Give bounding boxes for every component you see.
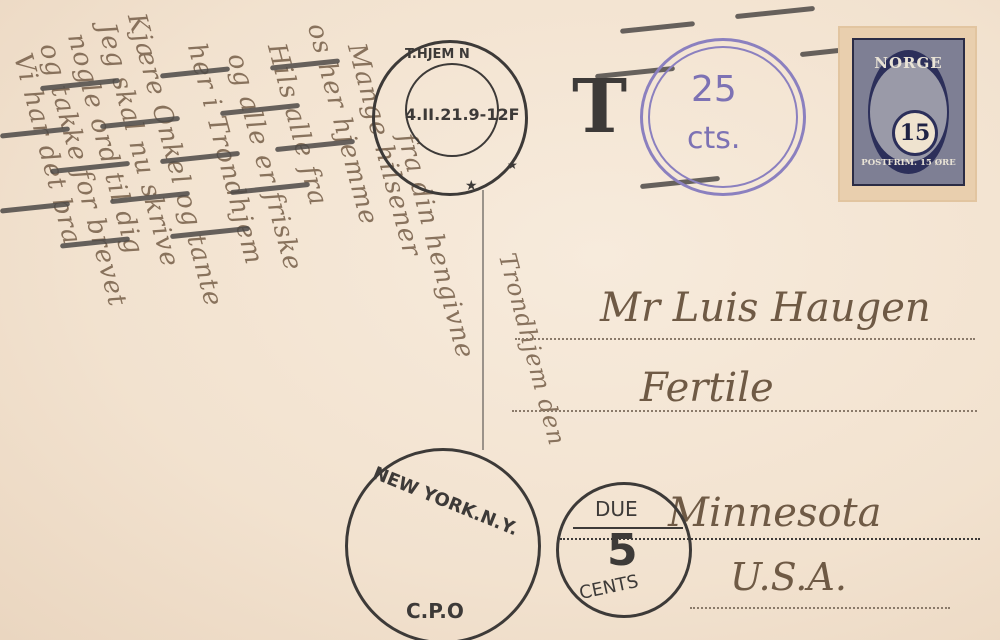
due-amount: 25 <box>691 69 737 110</box>
postmark-date: 4.II.21.9-12F <box>405 105 520 124</box>
address-line-state: Minnesota <box>668 490 881 536</box>
address-line-country: U.S.A. <box>730 555 847 599</box>
origin-postmark: T.HJEM N 4.II.21.9-12F ★ ★ <box>372 40 528 196</box>
due-cents-label: CENTS <box>577 571 640 604</box>
oval-inner-ring <box>648 46 798 188</box>
star-icon: ★ <box>507 158 518 172</box>
due-amount-number: 5 <box>607 525 638 576</box>
postage-due-oval: 25 cts. <box>640 38 806 196</box>
stamp-country: NORGE <box>854 54 963 72</box>
ny-postmark-bottom: C.P.O <box>406 599 464 623</box>
stamp-inscription: POSTFRIM. 15 ØRE <box>854 158 963 168</box>
due-label: DUE <box>595 497 638 521</box>
postage-stamp: NORGE 15 POSTFRIM. 15 ØRE <box>840 28 975 200</box>
address-line-name: Mr Luis Haugen <box>600 285 931 331</box>
stamp-denomination: 15 <box>892 110 938 156</box>
ny-postmark-top: NEW YORK.N.Y. <box>370 463 521 540</box>
message-dateline: Trondhjem den <box>493 250 571 449</box>
address-line-city: Fertile <box>640 365 774 411</box>
new-york-postmark: NEW YORK.N.Y. C.P.O <box>345 448 541 640</box>
stamp-frame: NORGE 15 POSTFRIM. 15 ØRE <box>852 38 965 186</box>
tax-mark: T <box>572 70 627 144</box>
postcard-back: Kjære Onkel og tante Jeg skal nu skrive … <box>0 0 1000 640</box>
postmark-town: T.HJEM N <box>405 47 470 62</box>
address-rule <box>515 338 975 340</box>
due-unit: cts. <box>687 121 740 156</box>
due-postmark: DUE 5 CENTS <box>556 482 692 618</box>
star-icon: ★ <box>465 178 478 194</box>
address-rule <box>690 607 950 609</box>
